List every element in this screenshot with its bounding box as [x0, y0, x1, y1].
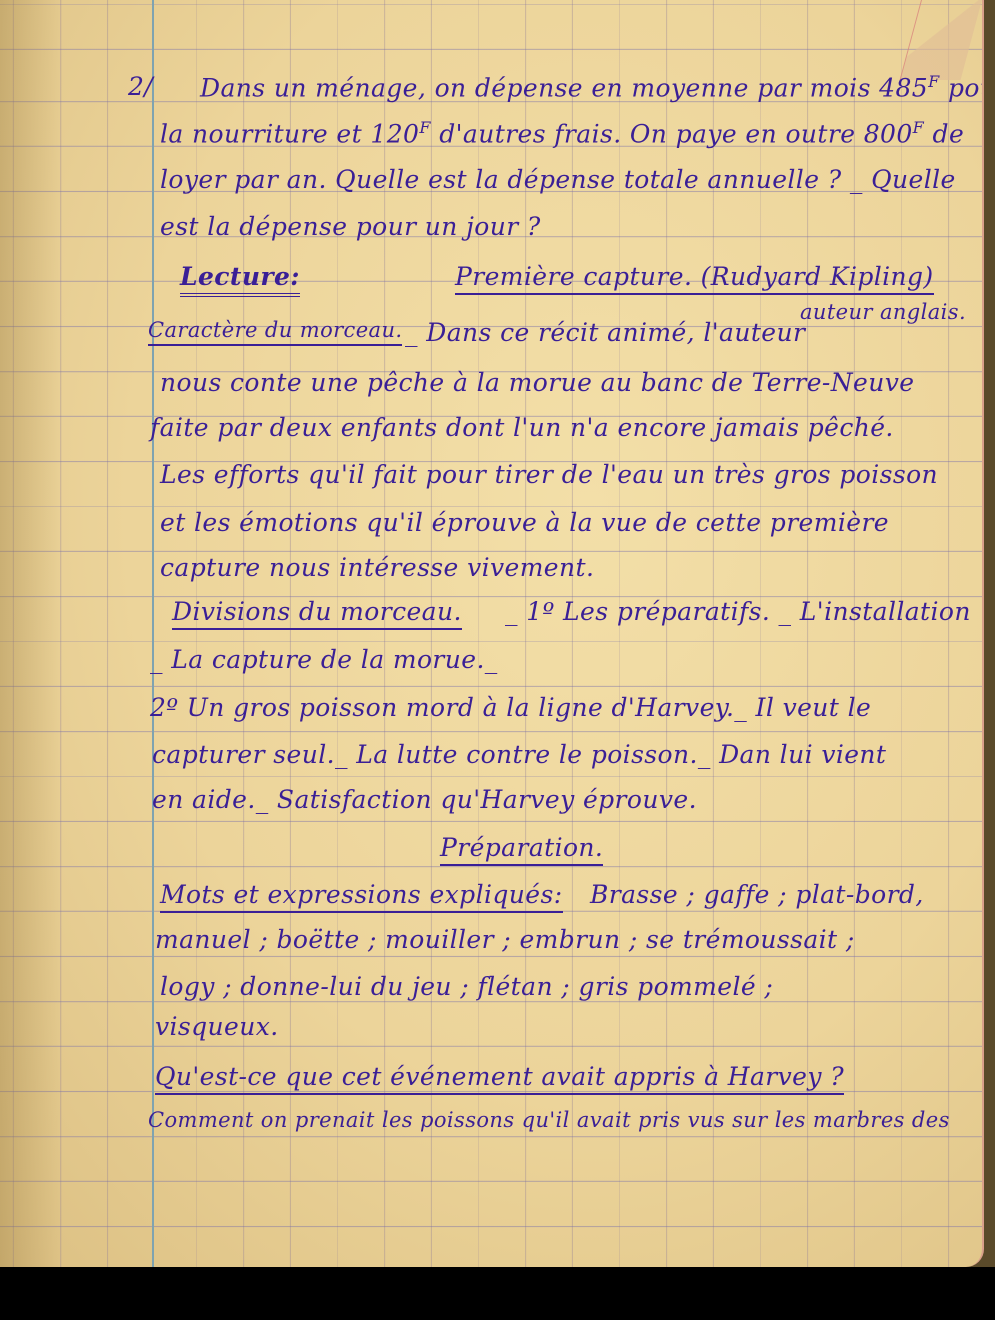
page-shadow: [0, 0, 60, 1267]
mots-line-1: Brasse ; gaffe ; plat-bord,: [590, 880, 924, 909]
mots-line-2: manuel ; boëtte ; mouiller ; embrun ; se…: [155, 925, 855, 954]
caractere-line-3: faite par deux enfants dont l'un n'a enc…: [150, 413, 894, 442]
question-text: Qu'est-ce que cet événement avait appris…: [155, 1062, 844, 1095]
divisions-line-3: 2º Un gros poisson mord à la ligne d'Har…: [150, 693, 871, 722]
problem-line-3: loyer par an. Quelle est la dépense tota…: [160, 165, 956, 194]
margin-line: [152, 0, 154, 1267]
caractere-label: Caractère du morceau.: [148, 318, 402, 346]
answer-line: Comment on prenait les poissons qu'il av…: [148, 1108, 950, 1132]
divisions-line-5: en aide._ Satisfaction qu'Harvey éprouve…: [152, 785, 697, 814]
divisions-line-1: _ 1º Les préparatifs. _ L'installation: [505, 597, 971, 626]
caractere-line-2: nous conte une pêche à la morue au banc …: [160, 368, 914, 397]
caractere-line-5: et les émotions qu'il éprouve à la vue d…: [160, 508, 889, 537]
caractere-line-4: Les efforts qu'il fait pour tirer de l'e…: [160, 460, 938, 489]
divisions-label: Divisions du morceau.: [172, 597, 462, 630]
caractere-line-1: _ Dans ce récit animé, l'auteur: [405, 318, 805, 347]
problem-line-4: est la dépense pour un jour ?: [160, 212, 541, 241]
problem-number: 2/: [128, 72, 153, 101]
notebook-page: 2/ Dans un ménage, on dépense en moyenne…: [0, 0, 984, 1267]
problem-line-1: Dans un ménage, on dépense en moyenne pa…: [200, 72, 984, 102]
preparation-heading: Préparation.: [440, 833, 603, 866]
lecture-title: Première capture. (Rudyard Kipling): [455, 262, 934, 295]
divisions-line-2: _ La capture de la morue._: [150, 645, 498, 674]
page-corner-fold: [900, 0, 982, 80]
mots-label: Mots et expressions expliqués:: [160, 880, 563, 913]
author-note: auteur anglais.: [800, 300, 966, 324]
lecture-heading: Lecture:: [180, 262, 300, 297]
divisions-line-4: capturer seul._ La lutte contre le poiss…: [152, 740, 886, 769]
caractere-line-6: capture nous intéresse vivement.: [160, 553, 594, 582]
mots-line-4: visqueux.: [155, 1012, 279, 1041]
problem-line-2: la nourriture et 120F d'autres frais. On…: [160, 118, 964, 148]
mots-line-3: logy ; donne-lui du jeu ; flétan ; gris …: [160, 972, 773, 1001]
